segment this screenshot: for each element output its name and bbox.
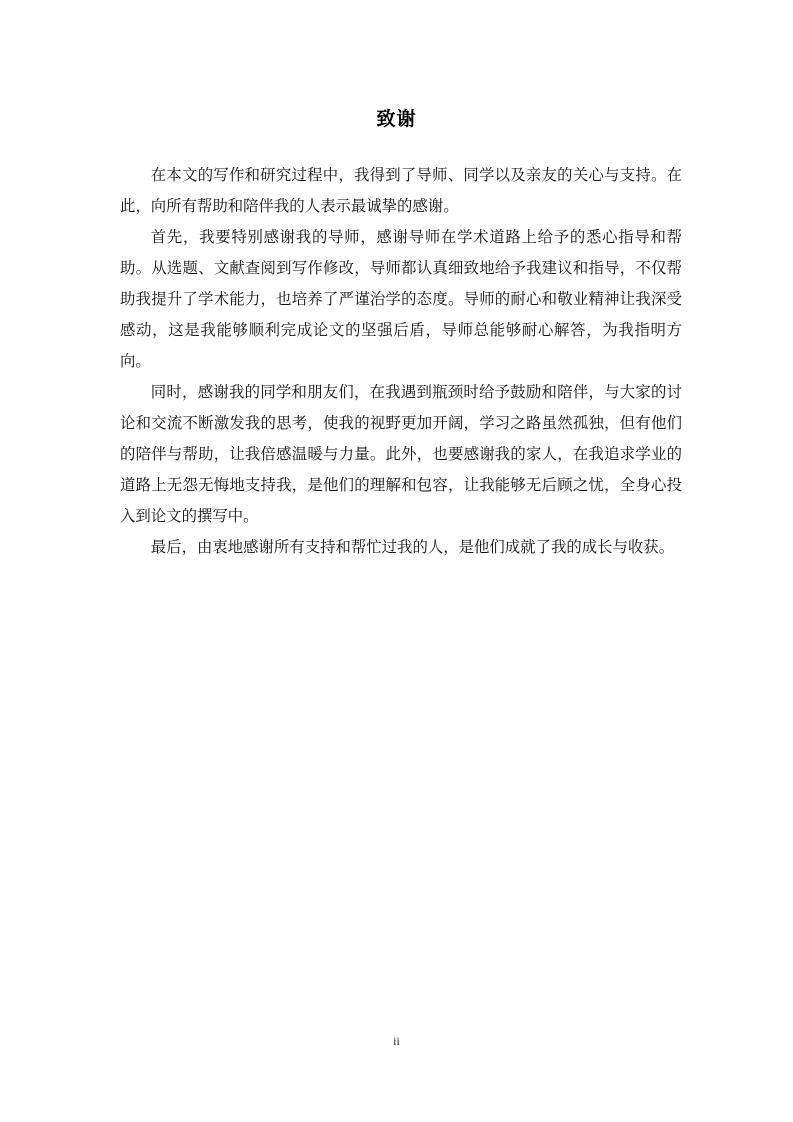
document-page: 致谢 在本文的写作和研究过程中，我得到了导师、同学以及亲友的关心与支持。在此，向… [0, 0, 793, 1122]
page-title: 致谢 [0, 104, 793, 131]
paragraph-closing: 最后，由衷地感谢所有支持和帮忙过我的人，是他们成就了我的成长与收获。 [120, 532, 682, 563]
paragraph-intro: 在本文的写作和研究过程中，我得到了导师、同学以及亲友的关心与支持。在此，向所有帮… [120, 160, 682, 222]
document-body: 在本文的写作和研究过程中，我得到了导师、同学以及亲友的关心与支持。在此，向所有帮… [120, 160, 682, 563]
paragraph-advisor: 首先，我要特别感谢我的导师，感谢导师在学术道路上给予的悉心指导和帮助。从选题、文… [120, 222, 682, 377]
paragraph-friends-family: 同时，感谢我的同学和朋友们，在我遇到瓶颈时给予鼓励和陪伴，与大家的讨论和交流不断… [120, 377, 682, 532]
page-number: ii [0, 1034, 793, 1049]
